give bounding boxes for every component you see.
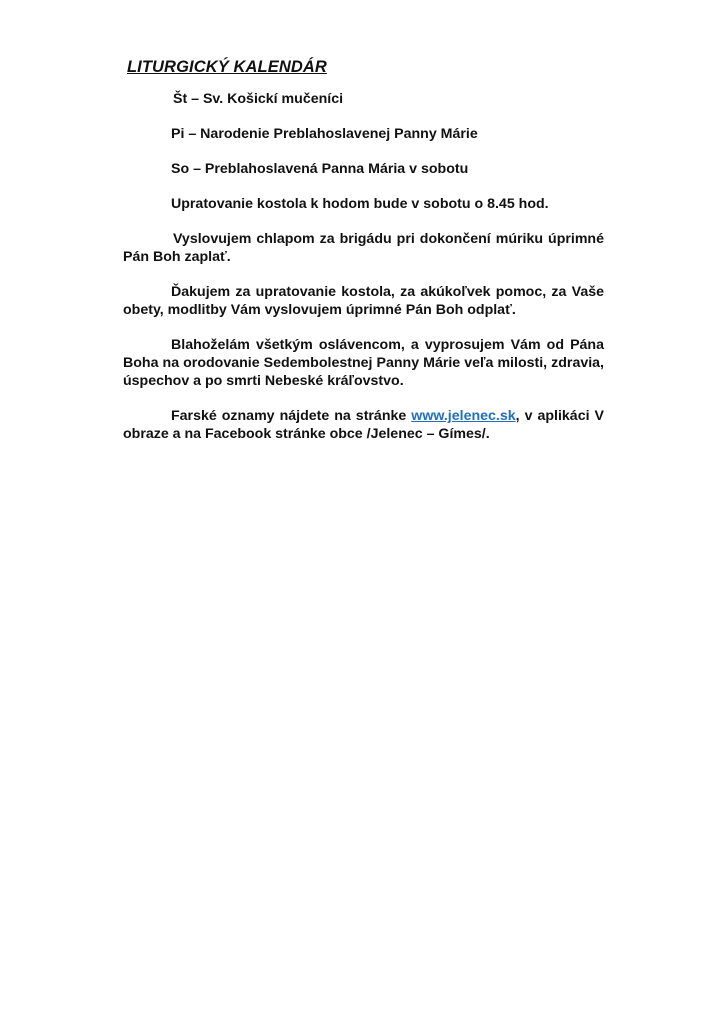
info-paragraph: Farské oznamy nájdete na stránke www.jel… xyxy=(123,407,604,443)
page-title: LITURGICKÝ KALENDÁR xyxy=(127,56,604,78)
cleaning-notice: Upratovanie kostola k hodom bude v sobot… xyxy=(123,195,604,213)
calendar-item: Pi – Narodenie Preblahoslavenej Panny Má… xyxy=(171,125,604,143)
calendar-item: So – Preblahoslavená Panna Mária v sobot… xyxy=(171,160,604,178)
thanks-brigade-paragraph: Vyslovujem chlapom za brigádu pri dokonč… xyxy=(123,230,604,266)
thanks-cleaning-paragraph: Ďakujem za upratovanie kostola, za akúko… xyxy=(123,283,604,319)
calendar-item: Št – Sv. Košickí mučeníci xyxy=(173,90,604,108)
info-text-before: Farské oznamy nájdete na stránke xyxy=(171,408,411,424)
congratulations-paragraph: Blahoželám všetkým oslávencom, a vyprosu… xyxy=(123,336,604,390)
document-page: LITURGICKÝ KALENDÁR Št – Sv. Košickí muč… xyxy=(123,56,604,460)
website-link[interactable]: www.jelenec.sk xyxy=(411,408,515,424)
